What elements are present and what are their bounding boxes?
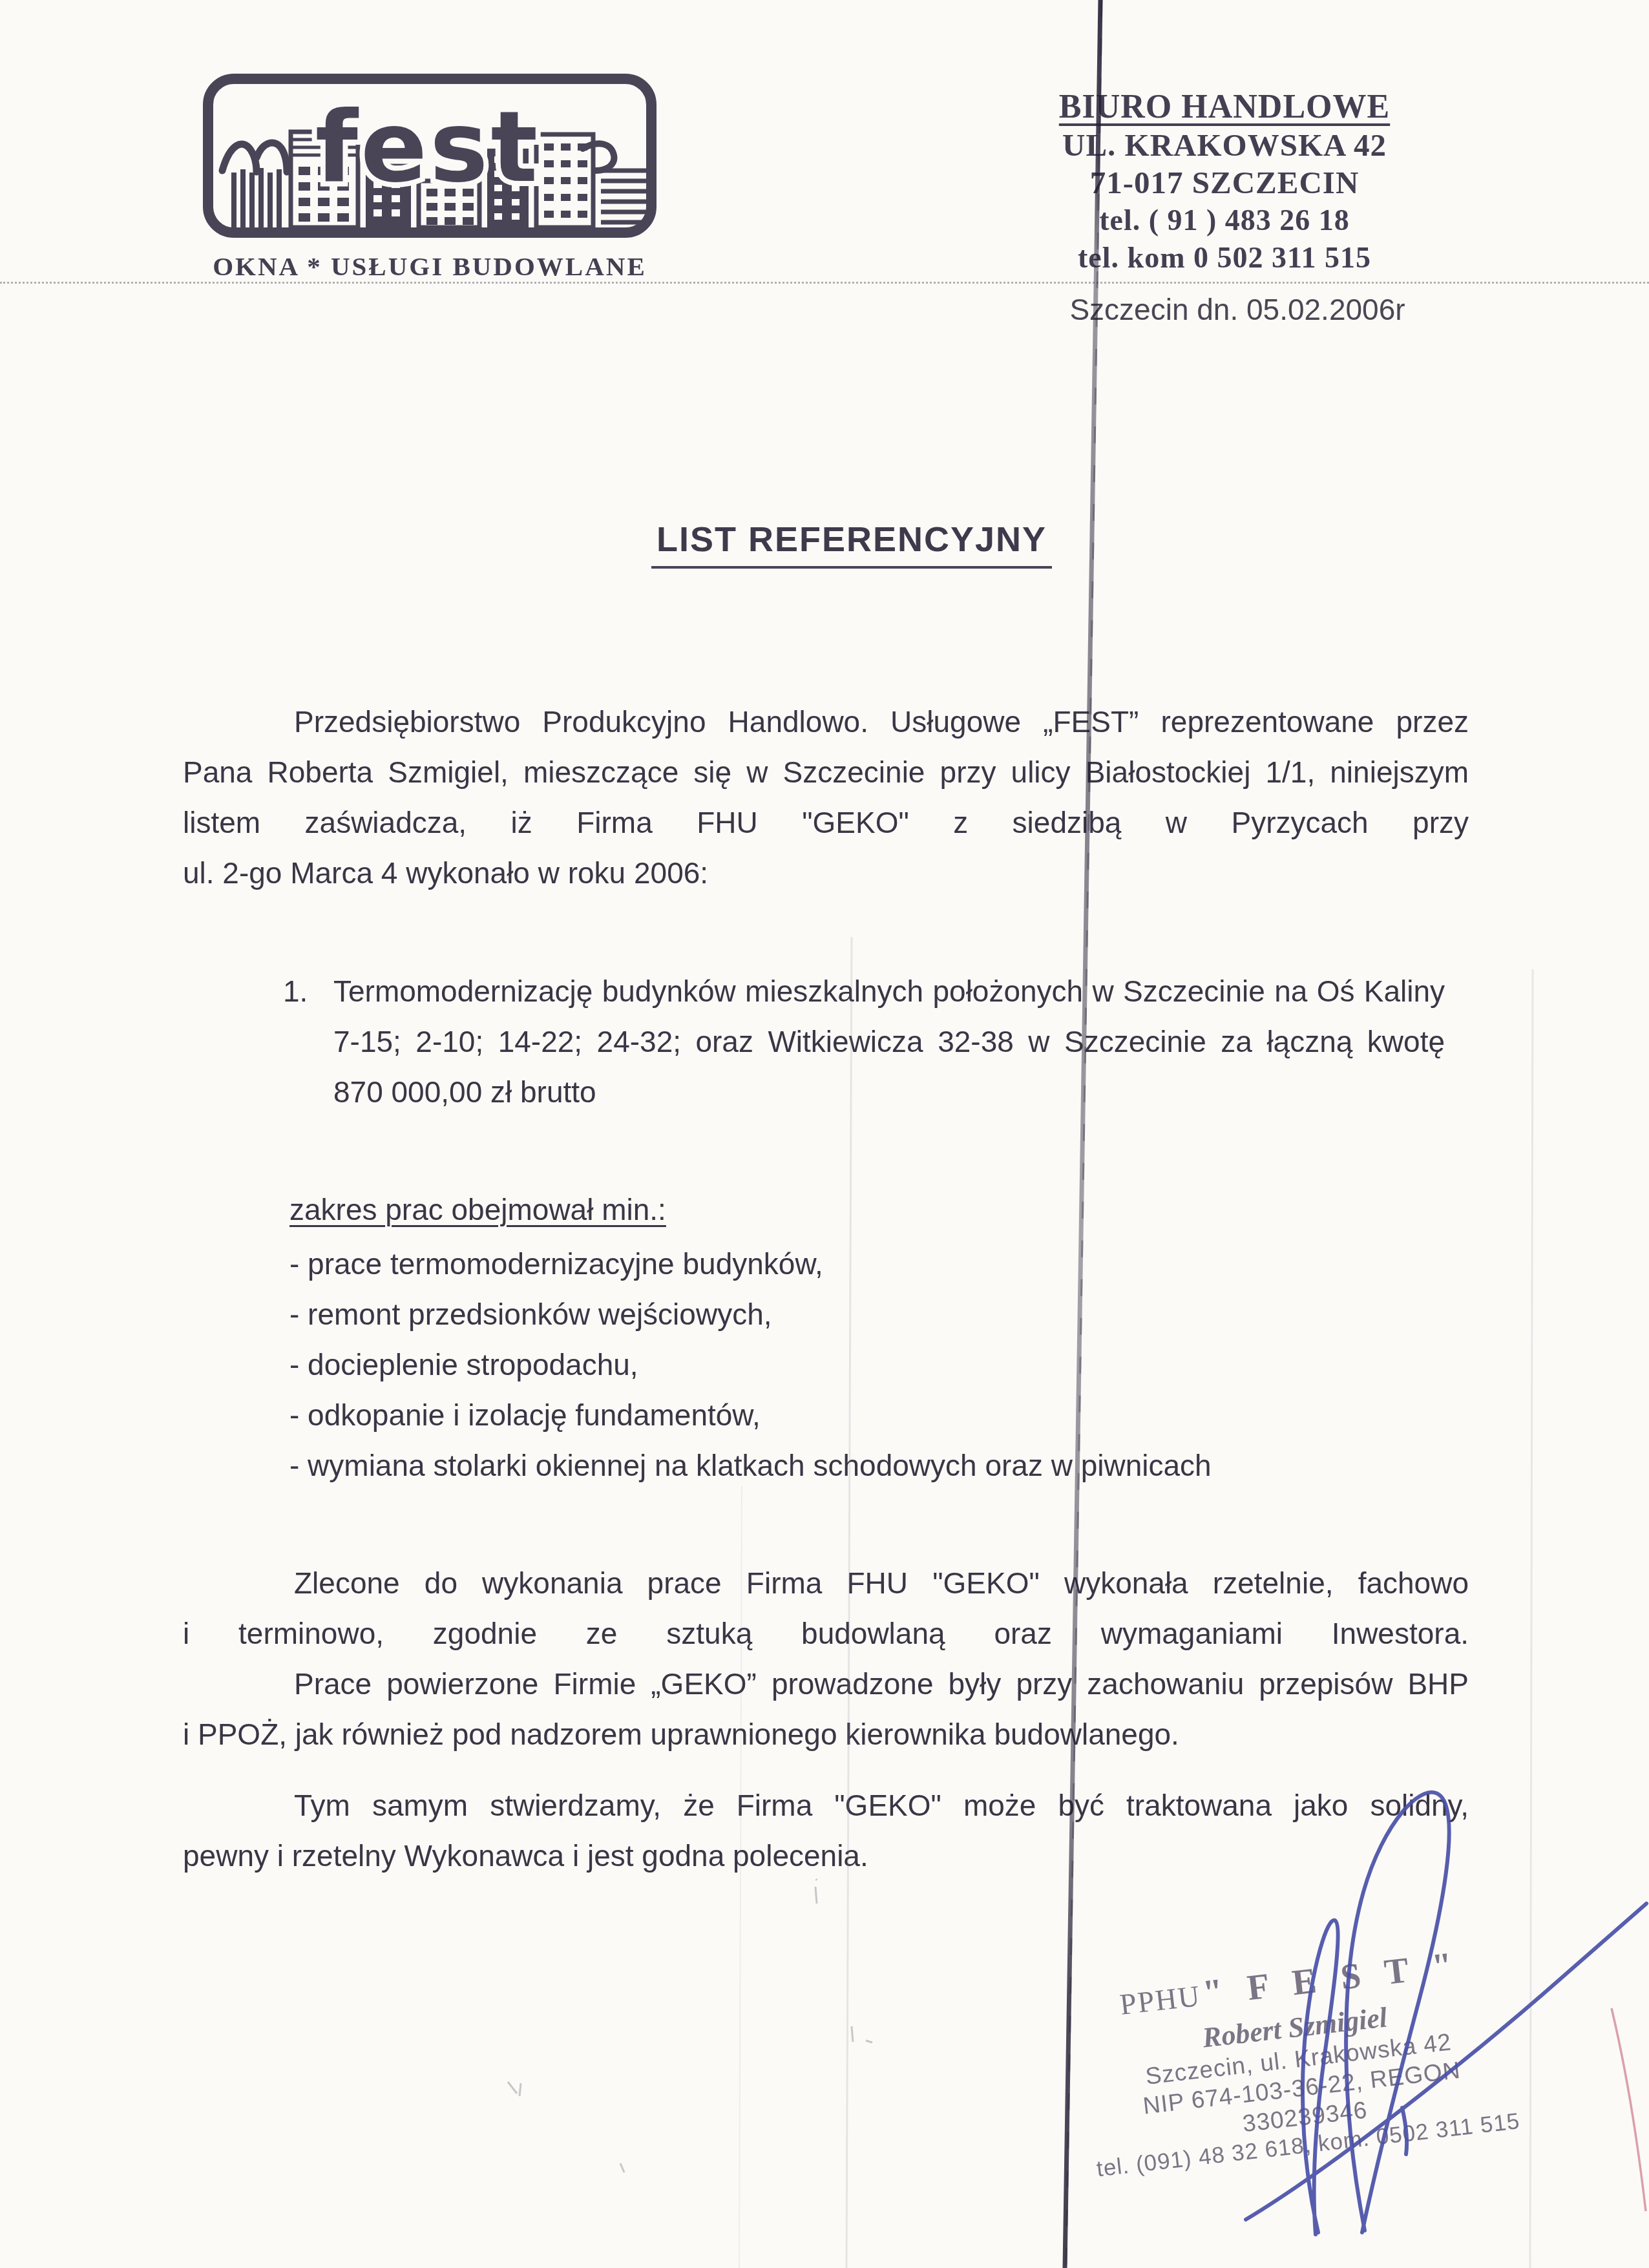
body-line: Przedsiębiorstwo Produkcyjno Handlowo. U… [183, 697, 1469, 747]
red-pen-line [1612, 2008, 1646, 2211]
fold-crease-line [1065, 0, 1100, 2268]
faint-crease [1530, 969, 1533, 2268]
scan-artifacts-overlay [0, 0, 1649, 2268]
scope-item: - odkopanie i izolację fundamentów, [289, 1390, 1485, 1440]
scope-list: - prace termomodernizacyjne budynków, - … [289, 1239, 1485, 1491]
body-line: listem zaświadcza, iż Firma FHU "GEKO" z… [183, 797, 1469, 848]
scope-item: - remont przedsionków wejściowych, [289, 1289, 1485, 1339]
body-line: Pana Roberta Szmigiel, mieszczące się w … [183, 747, 1469, 797]
list-item-number: 1. [283, 966, 308, 1016]
document-title-text: LIST REFERENCYJNY [651, 520, 1052, 569]
body-line: Termomodernizację budynków mieszkalnych … [333, 966, 1445, 1016]
contact-line-phone: tel. ( 91 ) 483 26 18 [1011, 202, 1438, 239]
body-line: i PPOŻ, jak również pod nadzorem uprawni… [183, 1709, 1469, 1759]
scope-heading-text: zakres prac obejmował min.: [289, 1193, 666, 1226]
logo-tagline: OKNA * USŁUGI BUDOWLANE [194, 251, 666, 282]
contact-block: BIURO HANDLOWE UL. KRAKOWSKA 42 71-017 S… [1011, 88, 1438, 277]
contact-line-city: 71-017 SZCZECIN [1011, 164, 1438, 202]
body-line: Zlecone do wykonania prace Firma FHU "GE… [183, 1558, 1469, 1608]
scope-heading: zakres prac obejmował min.: [289, 1184, 666, 1235]
body-line: Prace powierzone Firmie „GEKO” prowadzon… [183, 1659, 1469, 1709]
scope-item: - wymiana stolarki okiennej na klatkach … [289, 1440, 1485, 1491]
body-line: ul. 2-go Marca 4 wykonało w roku 2006: [183, 848, 1469, 898]
contact-line-mobile: tel. kom 0 502 311 515 [1011, 239, 1438, 277]
body-line: 870 000,00 zł brutto [333, 1067, 1445, 1117]
document-title: LIST REFERENCYJNY [0, 520, 1649, 569]
scope-item: - docieplenie stropodachu, [289, 1339, 1485, 1390]
paragraph-conclusion: Tym samym stwierdzamy, że Firma "GEKO" m… [183, 1780, 1469, 1881]
scope-item: - prace termomodernizacyjne budynków, [289, 1239, 1485, 1289]
scanned-letter-page: fest OKNA * USŁUGI BUDOWLANE BIURO HANDL… [0, 0, 1649, 2268]
logo-brand-text: fest [315, 90, 540, 204]
body-line: 7-15; 2-10; 14-22; 24-32; oraz Witkiewic… [333, 1016, 1445, 1067]
fold-crease-texture [1066, 0, 1102, 2268]
company-stamp: PPHU " F E S T " Robert Szmigiel Szczeci… [1076, 1941, 1522, 2184]
paragraph-quality: Zlecone do wykonania prace Firma FHU "GE… [183, 1558, 1469, 1759]
logo-swoosh [583, 143, 614, 171]
scan-specks [508, 1879, 872, 2172]
contact-title: BIURO HANDLOWE [1011, 88, 1438, 127]
body-line: Tym samym stwierdzamy, że Firma "GEKO" m… [183, 1780, 1469, 1831]
date-line: Szczecin dn. 05.02.2006r [1034, 292, 1441, 327]
paragraph-intro: Przedsiębiorstwo Produkcyjno Handlowo. U… [183, 697, 1469, 898]
scan-dotted-line [0, 282, 1649, 284]
body-line: i terminowo, zgodnie ze sztuką budowlaną… [183, 1608, 1469, 1659]
list-item-1: Termomodernizację budynków mieszkalnych … [333, 966, 1445, 1117]
fest-logo: fest [200, 72, 659, 240]
body-line: pewny i rzetelny Wykonawca i jest godna … [183, 1831, 1469, 1881]
logo-script-curve [222, 143, 287, 172]
contact-line-street: UL. KRAKOWSKA 42 [1011, 127, 1438, 164]
stamp-prefix: PPHU [1118, 1979, 1203, 2021]
